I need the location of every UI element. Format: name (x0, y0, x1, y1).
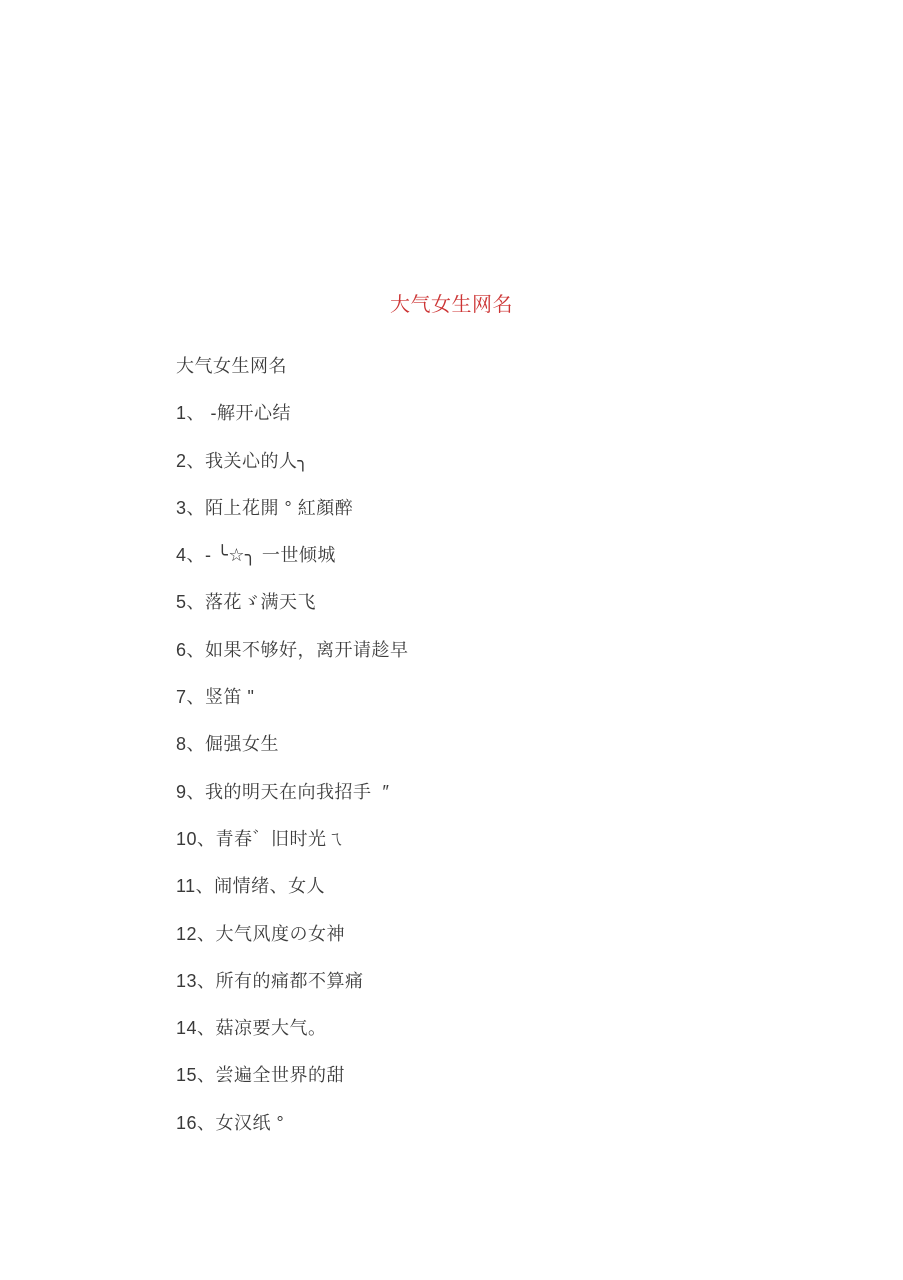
list-item-4: 4、- ╰☆╮ 一世倾城 (176, 532, 843, 579)
list-item-10: 10、青春゛旧时光ㄟ (176, 816, 843, 863)
list-item-13: 13、所有的痛都不算痛 (176, 958, 843, 1005)
list-item-16: 16、女汉纸 ° (176, 1100, 843, 1147)
list-item-11: 11、闹情绪、女人 (176, 863, 843, 910)
list-item-14: 14、菇凉要大气。 (176, 1005, 843, 1052)
list-heading: 大气女生网名 (176, 343, 843, 390)
list-item-12: 12、大气风度の女神 (176, 911, 843, 958)
list-item-7: 7、竖笛 " (176, 674, 843, 721)
page-title: 大气女生网名 (0, 288, 903, 317)
document-body: 大气女生网名 1、 -解开心结 2、我关心的人╮ 3、陌上花開 ° 紅顏醉 4、… (176, 343, 843, 1147)
list-item-5: 5、落花ゞ满天飞 (176, 579, 843, 626)
list-item-9: 9、我的明天在向我招手 ″ (176, 769, 843, 816)
list-item-2: 2、我关心的人╮ (176, 438, 843, 485)
list-item-8: 8、倔强女生 (176, 721, 843, 768)
document-page: 大气女生网名 大气女生网名 1、 -解开心结 2、我关心的人╮ 3、陌上花開 °… (0, 0, 903, 1280)
list-item-15: 15、尝遍全世界的甜 (176, 1052, 843, 1099)
list-item-3: 3、陌上花開 ° 紅顏醉 (176, 485, 843, 532)
list-item-6: 6、如果不够好，离开请趁早 (176, 627, 843, 674)
list-item-1: 1、 -解开心结 (176, 390, 843, 437)
